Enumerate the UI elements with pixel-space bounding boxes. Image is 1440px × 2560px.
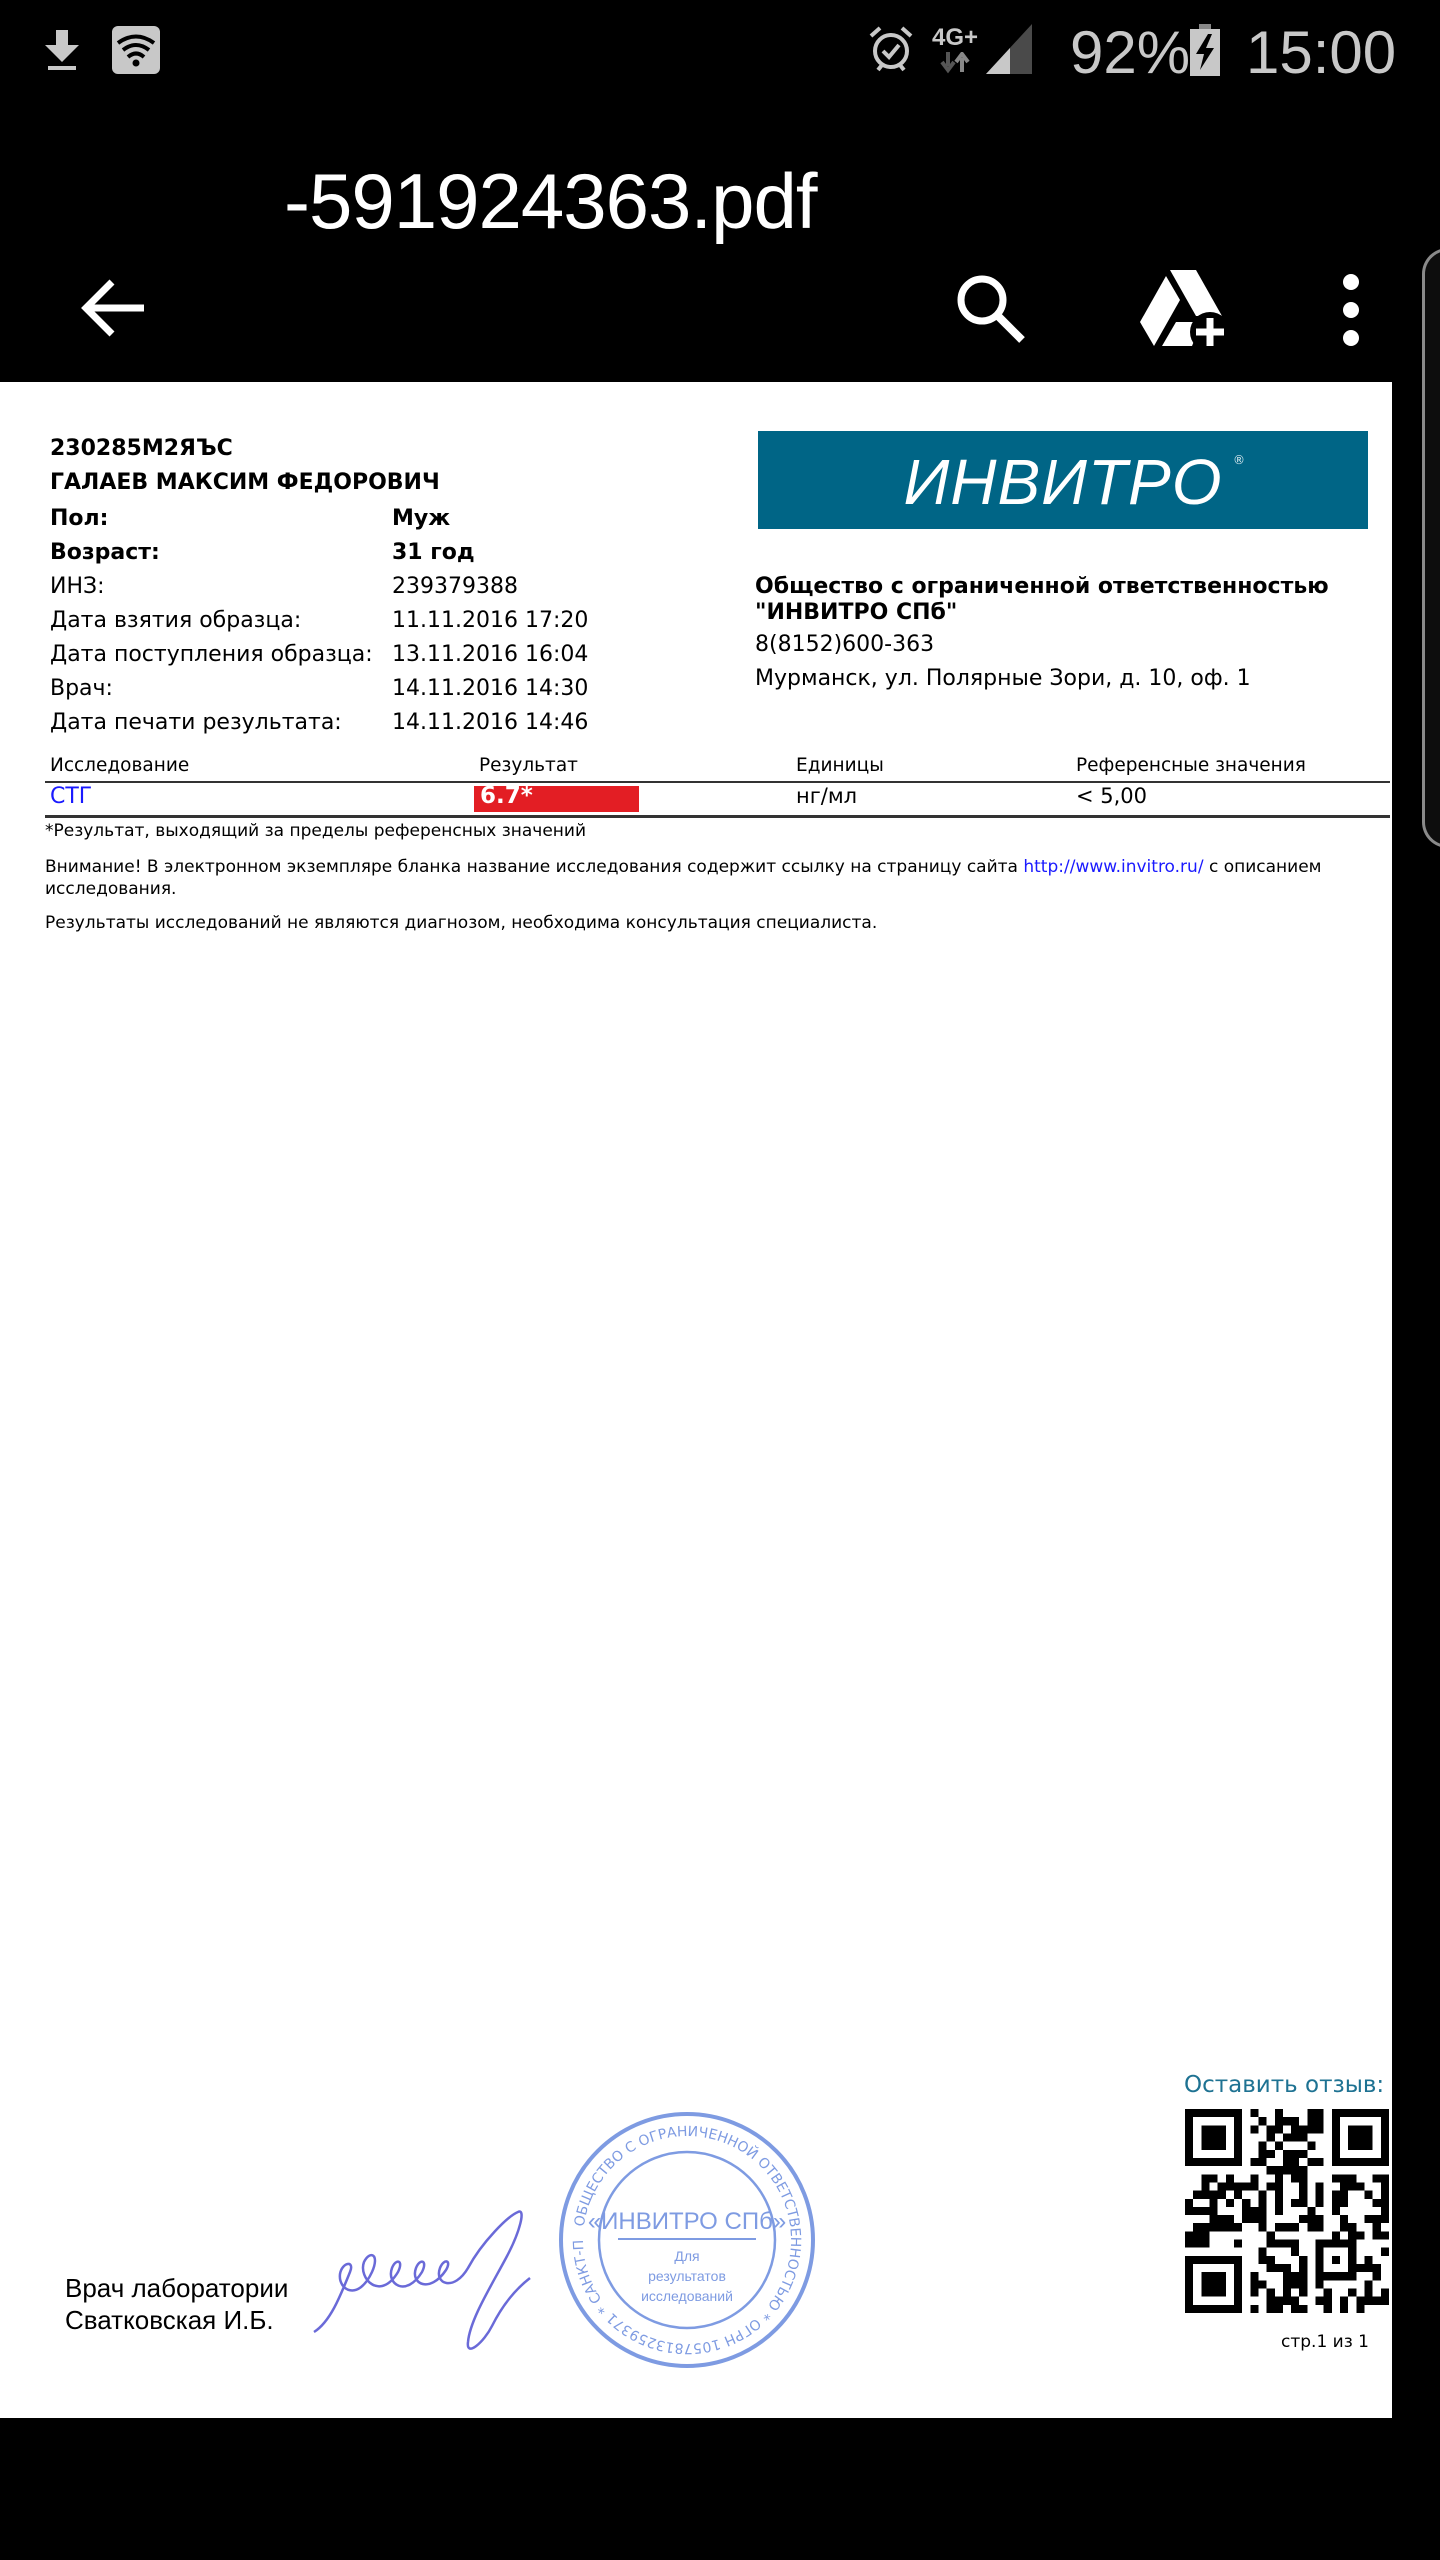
google-drive-add-icon[interactable] (1140, 270, 1228, 350)
field-value: 14.11.2016 14:30 (392, 676, 588, 701)
download-icon (42, 28, 82, 72)
patient-code: 230285М2ЯЪС (50, 436, 233, 461)
table-header-rule (45, 781, 1390, 783)
organization-stamp: ОБЩЕСТВО С ОГРАНИЧЕННОЙ ОТВЕТСТВЕННОСТЬЮ… (556, 2109, 818, 2371)
fast-scroll-handle[interactable] (1422, 248, 1440, 848)
field-label: Врач: (50, 676, 113, 701)
clock: 15:00 (1246, 18, 1396, 87)
status-bar: 4G+ 92% 15:00 (0, 0, 1440, 100)
stamp-line3: исследований (641, 2288, 733, 2304)
col-header-units: Единицы (796, 755, 884, 776)
org-name-line1: Общество с ограниченной ответственностью (755, 574, 1329, 599)
reference-range: < 5,00 (1076, 784, 1147, 808)
field-value: 239379388 (392, 574, 518, 599)
field-value: 31 год (392, 540, 475, 565)
col-header-test: Исследование (50, 755, 189, 776)
back-arrow-icon[interactable] (78, 276, 148, 340)
feedback-qr-code[interactable] (1185, 2109, 1389, 2313)
invitro-site-link[interactable]: http://www.invitro.ru/ (1023, 857, 1203, 877)
field-label: Дата взятия образца: (50, 608, 301, 633)
col-header-result: Результат (479, 755, 578, 776)
field-label: Дата печати результата: (50, 710, 342, 735)
registered-mark: ® (1233, 453, 1245, 467)
battery-percent: 92% (1070, 18, 1190, 87)
stamp-title: «ИНВИТРО СПб» (588, 2208, 786, 2235)
signal-icon (986, 24, 1032, 74)
table-bottom-rule (45, 815, 1390, 818)
pdf-page[interactable]: 230285М2ЯЪС ГАЛАЕВ МАКСИМ ФЕДОРОВИЧ Пол:… (0, 382, 1392, 2418)
col-header-reference: Референсные значения (1076, 755, 1306, 776)
org-phone: 8(8152)600-363 (755, 632, 934, 657)
field-value: 14.11.2016 14:46 (392, 710, 588, 735)
notice-line2: исследования. (45, 879, 176, 899)
test-name-link[interactable]: СТГ (50, 784, 92, 809)
org-name-line2: "ИНВИТРО СПб" (755, 600, 957, 625)
search-icon[interactable] (954, 272, 1026, 344)
logo-text: ИНВИТРО (758, 445, 1368, 519)
doctor-name: Сватковская И.Б. (65, 2304, 274, 2336)
alarm-icon (868, 24, 914, 74)
notice-suffix: с описанием (1204, 857, 1322, 877)
network-type-label: 4G+ (932, 24, 978, 52)
wifi-icon (112, 26, 160, 74)
field-value: Муж (392, 506, 450, 531)
doctor-role: Врач лаборатории (65, 2272, 288, 2304)
stamp-line1: Для (674, 2248, 699, 2264)
more-vertical-icon[interactable] (1336, 272, 1366, 348)
feedback-label: Оставить отзыв: (1184, 2072, 1384, 2098)
field-label: Возраст: (50, 540, 160, 565)
field-value: 13.11.2016 16:04 (392, 642, 588, 667)
data-activity-icon (938, 52, 972, 74)
org-address: Мурманск, ул. Полярные Зори, д. 10, оф. … (755, 666, 1251, 691)
notice-line1: Внимание! В электронном экземпляре бланк… (45, 857, 1322, 877)
notice-prefix: Внимание! В электронном экземпляре бланк… (45, 857, 1023, 877)
field-label: Пол: (50, 506, 108, 531)
document-title: -591924363.pdf (284, 162, 817, 240)
field-label: ИНЗ: (50, 574, 105, 599)
field-value: 11.11.2016 17:20 (392, 608, 588, 633)
stamp-line2: результатов (648, 2268, 726, 2284)
footnote: *Результат, выходящий за пределы референ… (45, 821, 586, 841)
signature-image (300, 2202, 560, 2362)
result-units: нг/мл (796, 784, 857, 808)
disclaimer: Результаты исследований не являются диаг… (45, 913, 877, 933)
field-label: Дата поступления образца: (50, 642, 373, 667)
patient-name: ГАЛАЕВ МАКСИМ ФЕДОРОВИЧ (50, 470, 440, 495)
battery-charging-icon (1190, 24, 1220, 76)
page-indicator: стр.1 из 1 (1281, 2332, 1369, 2352)
invitro-logo: ИНВИТРО ® (758, 431, 1368, 529)
app-toolbar: -591924363.pdf (0, 100, 1440, 382)
result-value: 6.7* (480, 783, 533, 809)
